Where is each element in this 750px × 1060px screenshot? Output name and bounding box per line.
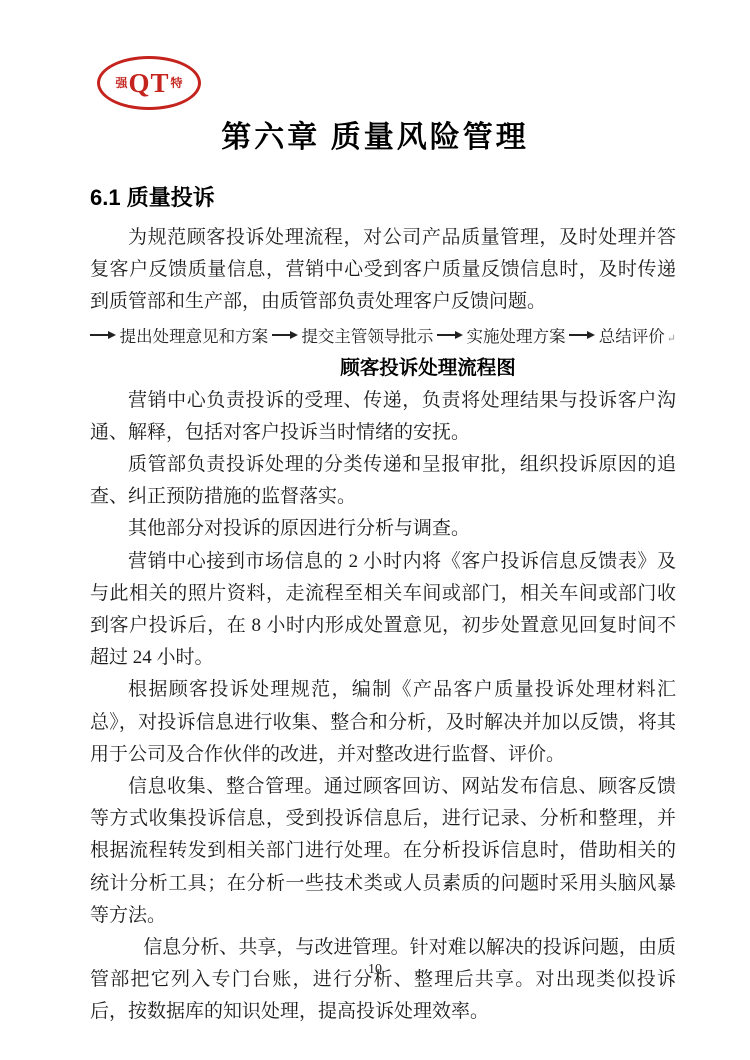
- chapter-title: 第六章 质量风险管理: [0, 112, 750, 156]
- document-body: 6.1 质量投诉 为规范顾客投诉处理流程，对公司产品质量管理，及时处理并答复客户…: [90, 184, 676, 1029]
- flow-step-1: 提出处理意见和方案: [120, 323, 269, 347]
- paragraph: 根据顾客投诉处理规范，编制《产品客户质量投诉处理材料汇总》，对投诉信息进行收集、…: [90, 674, 676, 771]
- arrow-right-icon: [90, 331, 116, 339]
- paragraph: 信息收集、整合管理。通过顾客回访、网站发布信息、顾客反馈等方式收集投诉信息，受到…: [90, 771, 676, 932]
- paragraph: 其他部分对投诉的原因进行分析与调查。: [90, 513, 676, 545]
- paragraph: 营销中心负责投诉的受理、传递，负责将处理结果与投诉客户沟通、解释，包括对客户投诉…: [90, 385, 676, 449]
- flow-step-4: 总结评价↵: [599, 323, 676, 347]
- section-heading: 6.1 质量投诉: [90, 184, 676, 212]
- paragraph: 质管部负责投诉处理的分类传递和呈报审批，组织投诉原因的追查、纠正预防措施的监督落…: [90, 449, 676, 513]
- flow-step-2: 提交主管领导批示: [301, 323, 433, 347]
- complaint-flow-diagram: 提出处理意见和方案 提交主管领导批示 实施处理方案 总结评价↵: [90, 319, 676, 352]
- paragraph-intro: 为规范顾客投诉处理流程，对公司产品质量管理，及时处理并答复客户反馈质量信息，营销…: [90, 222, 676, 319]
- paragraph: 信息分析、共享，与改进管理。针对难以解决的投诉问题，由质管部把它列入专门台账，进…: [90, 932, 676, 1029]
- logo-right-character: 特: [171, 77, 183, 89]
- logo-qt-monogram: QT: [128, 70, 169, 97]
- paragraph: 营销中心接到市场信息的 2 小时内将《客户投诉信息反馈表》及与此相关的照片资料，…: [90, 546, 676, 675]
- arrow-right-icon: [569, 331, 595, 339]
- arrow-right-icon: [272, 331, 298, 339]
- paragraph-mark-icon: ↵: [667, 333, 676, 345]
- document-page: 强 QT 特 第六章 质量风险管理 6.1 质量投诉 为规范顾客投诉处理流程，对…: [0, 0, 750, 1060]
- page-number: 10: [0, 962, 750, 978]
- flow-diagram-caption: 顾客投诉处理流程图: [90, 352, 676, 385]
- flow-step-3: 实施处理方案: [467, 323, 566, 347]
- company-logo: 强 QT 特: [97, 56, 201, 110]
- arrow-right-icon: [437, 331, 463, 339]
- logo-left-character: 强: [115, 77, 127, 89]
